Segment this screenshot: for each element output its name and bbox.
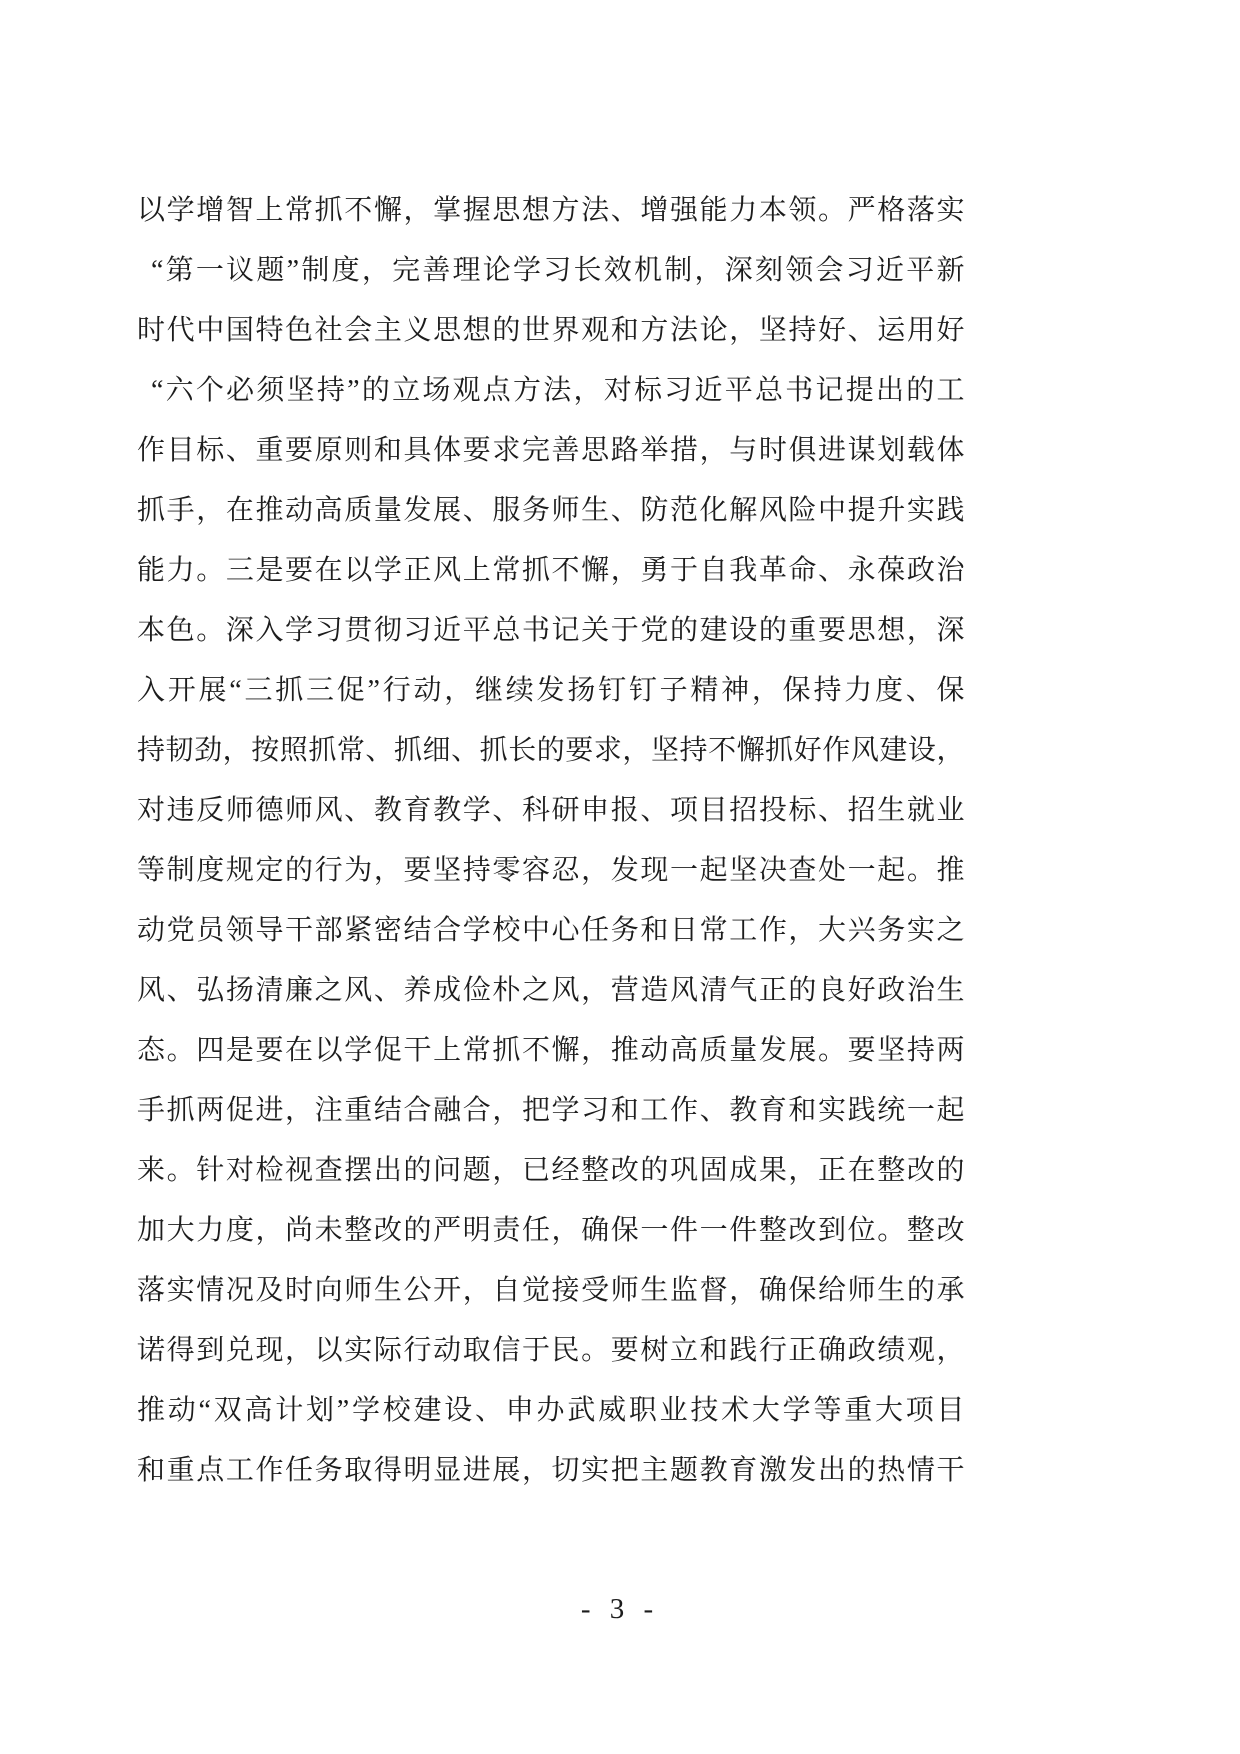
text-line: 来。针对检视查摆出的问题，已经整改的巩固成果，正在整改的: [137, 1141, 965, 1201]
text-line: 本色。深入学习贯彻习近平总书记关于党的建设的重要思想，深: [137, 601, 965, 661]
text-line: 持韧劲，按照抓常、抓细、抓长的要求，坚持不懈抓好作风建设，: [137, 721, 965, 781]
text-line: 动党员领导干部紧密结合学校中心任务和日常工作，大兴务实之: [137, 901, 965, 961]
text-line: 时代中国特色社会主义思想的世界观和方法论，坚持好、运用好: [137, 301, 965, 361]
text-line: 对违反师德师风、教育教学、科研申报、项目招投标、招生就业: [137, 781, 965, 841]
text-line: 风、弘扬清廉之风、养成俭朴之风，营造风清气正的良好政治生: [137, 961, 965, 1021]
text-line: 落实情况及时向师生公开，自觉接受师生监督，确保给师生的承: [137, 1261, 965, 1321]
text-line: 和重点工作任务取得明显进展，切实把主题教育激发出的热情干: [137, 1441, 965, 1501]
text-line: 诺得到兑现，以实际行动取信于民。要树立和践行正确政绩观，: [137, 1321, 965, 1381]
text-line: 作目标、重要原则和具体要求完善思路举措，与时俱进谋划载体: [137, 421, 965, 481]
text-line: 手抓两促进，注重结合融合，把学习和工作、教育和实践统一起: [137, 1081, 965, 1141]
text-line: 以学增智上常抓不懈，掌握思想方法、增强能力本领。严格落实: [137, 181, 965, 241]
page-number-label: - 3 -: [0, 1593, 1240, 1625]
body-text-block: 以学增智上常抓不懈，掌握思想方法、增强能力本领。严格落实 “第一议题”制度，完善…: [137, 181, 965, 1501]
text-line: 加大力度，尚未整改的严明责任，确保一件一件整改到位。整改: [137, 1201, 965, 1261]
text-line: 推动“双高计划”学校建设、申办武威职业技术大学等重大项目: [137, 1381, 965, 1441]
text-line: “六个必须坚持”的立场观点方法，对标习近平总书记提出的工: [137, 361, 965, 421]
text-line: 态。四是要在以学促干上常抓不懈，推动高质量发展。要坚持两: [137, 1021, 965, 1081]
document-page: 以学增智上常抓不懈，掌握思想方法、增强能力本领。严格落实 “第一议题”制度，完善…: [0, 0, 1240, 1754]
text-line: “第一议题”制度，完善理论学习长效机制，深刻领会习近平新: [137, 241, 965, 301]
text-line: 能力。三是要在以学正风上常抓不懈，勇于自我革命、永葆政治: [137, 541, 965, 601]
text-line: 等制度规定的行为，要坚持零容忍，发现一起坚决查处一起。推: [137, 841, 965, 901]
text-line: 抓手，在推动高质量发展、服务师生、防范化解风险中提升实践: [137, 481, 965, 541]
text-line: 入开展“三抓三促”行动，继续发扬钉钉子精神，保持力度、保: [137, 661, 965, 721]
